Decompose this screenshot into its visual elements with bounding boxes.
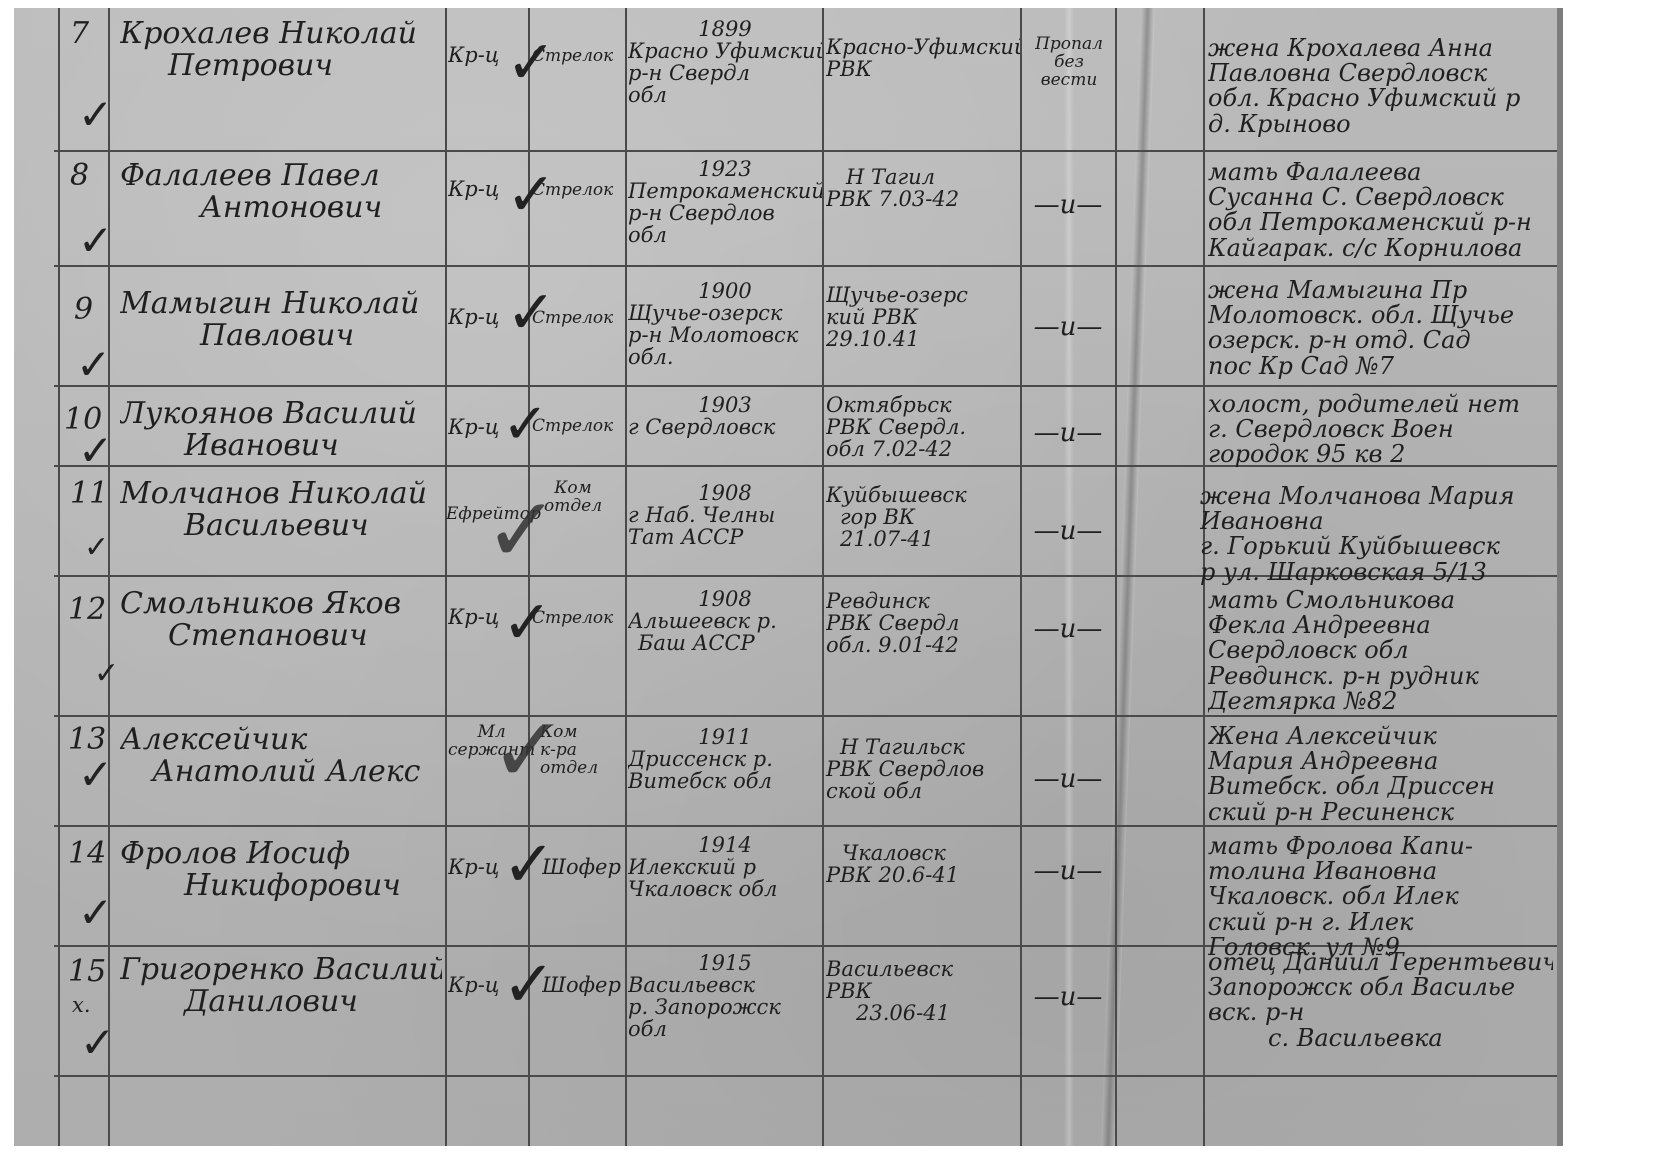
status: —и—	[1022, 616, 1114, 643]
rank: Кр-ц	[448, 974, 499, 996]
check-mark-icon: ✓	[506, 278, 556, 348]
row-number: 7	[70, 18, 89, 50]
column-rule	[108, 8, 110, 1146]
birth-info: 1923 Петрокаменский р-н Свердлов обл	[628, 158, 822, 246]
paper-crease	[1064, 8, 1074, 1146]
soldier-name: Фалалеев Павел Антонович	[120, 160, 442, 223]
row-number: 11	[70, 478, 108, 510]
birth-info: 1900 Щучье-озерск р-н Молотовск обл.	[628, 280, 822, 368]
next-of-kin: мать Фролова Капи- толина Ивановна Чкало…	[1208, 834, 1553, 960]
soldier-name: Алексейчик Анатолий Алекс	[120, 724, 442, 787]
check-mark-icon: ✓	[76, 340, 111, 389]
row-number: 12	[68, 594, 106, 626]
next-of-kin: мать Фалалеева Сусанна С. Свердловск обл…	[1208, 160, 1553, 261]
large-check-mark-icon: ✓	[490, 698, 565, 803]
row-number: 8	[70, 160, 89, 192]
soldier-name: Крохалев Николай Петрович	[120, 18, 442, 81]
next-of-kin: жена Мамыгина Пр Молотовск. обл. Щучье о…	[1208, 278, 1553, 379]
birth-info: 1903 г Свердловск	[628, 394, 822, 438]
status: —и—	[1022, 858, 1114, 885]
status: —и—	[1022, 984, 1114, 1011]
rank: Кр-ц	[448, 416, 499, 438]
paper-fold-line	[1101, 8, 1155, 1146]
draft-office: Васильевск РВК 23.06-41	[826, 958, 1020, 1024]
birth-info: 1899 Красно Уфимский р-н Свердл обл	[628, 18, 822, 106]
column-rule	[445, 8, 447, 1146]
rank: Кр-ц	[448, 856, 499, 878]
column-rule	[1115, 8, 1117, 1146]
row-number: 9	[74, 294, 93, 326]
draft-office: Октябрьск РВК Свердл. обл 7.02-42	[826, 394, 1020, 460]
check-mark-icon: ✓	[506, 160, 556, 230]
row-rule	[54, 150, 1557, 152]
status: —и—	[1022, 420, 1114, 447]
check-mark-icon: ✓	[502, 392, 549, 457]
row-number: 14	[68, 838, 106, 870]
draft-office: Щучье-озерс кий РВК 29.10.41	[826, 284, 1020, 350]
draft-office: Н Тагил РВК 7.03-42	[826, 166, 1020, 210]
next-of-kin: жена Молчанова Мария Ивановна г. Горький…	[1200, 484, 1552, 585]
check-mark-icon: ✓	[80, 1018, 115, 1067]
rank: Кр-ц	[448, 178, 499, 200]
check-mark-icon: ✓	[78, 426, 113, 475]
column-rule	[625, 8, 627, 1146]
large-check-mark-icon: ✓	[484, 478, 559, 583]
draft-office: Ревдинск РВК Свердл обл. 9.01-42	[826, 590, 1020, 656]
status: —и—	[1022, 314, 1114, 341]
row-rule	[54, 715, 1557, 717]
check-mark-icon: ✓	[78, 888, 113, 937]
next-of-kin: Жена Алексейчик Мария Андреевна Витебск.…	[1208, 724, 1553, 825]
row-rule	[54, 825, 1557, 827]
column-rule	[58, 8, 60, 1146]
rank: Кр-ц	[448, 606, 499, 628]
check-mark-icon: ✓	[78, 216, 113, 265]
birth-info: 1915 Васильевск р. Запорожск обл	[628, 952, 822, 1040]
rank: Кр-ц	[448, 44, 499, 66]
check-mark-icon: ✓	[84, 530, 109, 565]
soldier-name: Лукоянов Василий Иванович	[120, 398, 442, 461]
rank: Кр-ц	[448, 306, 499, 328]
check-mark-icon: ✓	[78, 750, 113, 799]
draft-office: Куйбышевск гор ВК 21.07-41	[826, 484, 1020, 550]
check-mark-icon: ✓	[506, 28, 556, 98]
status: —и—	[1022, 766, 1114, 793]
next-of-kin: холост, родителей нет г. Свердловск Воен…	[1208, 392, 1553, 468]
soldier-name: Григоренко Василий Данилович	[120, 954, 442, 1017]
row-rule	[54, 265, 1557, 267]
soldier-name: Молчанов Николай Васильевич	[120, 478, 442, 541]
column-rule	[1020, 8, 1022, 1146]
column-rule	[822, 8, 824, 1146]
birth-info: 1911 Дриссенск р. Витебск обл	[628, 726, 822, 792]
draft-office: Н Тагильск РВК Свердлов ской обл	[826, 736, 1020, 802]
next-of-kin: мать Смольникова Фекла Андреевна Свердло…	[1208, 588, 1553, 714]
soldier-name: Фролов Иосиф Никифорович	[120, 838, 442, 901]
soldier-name: Мамыгин Николай Павлович	[120, 288, 442, 351]
next-of-kin: жена Крохалева Анна Павловна Свердловск …	[1208, 36, 1553, 137]
status: —и—	[1022, 192, 1114, 219]
row-rule	[54, 1075, 1557, 1077]
row-annotation: х.	[72, 994, 91, 1016]
status: Пропал без вести	[1024, 36, 1114, 90]
check-mark-icon: ✓	[502, 828, 556, 902]
check-mark-icon: ✓	[94, 656, 119, 691]
next-of-kin: отец Даниил Терентьевич Запорожск обл Ва…	[1208, 950, 1553, 1051]
row-rule	[54, 385, 1557, 387]
soldier-name: Смольников Яков Степанович	[120, 588, 442, 651]
row-number: 15	[68, 956, 106, 988]
birth-info: 1908 Альшеевск р. Баш АССР	[628, 588, 822, 654]
check-mark-icon: ✓	[78, 90, 113, 139]
check-mark-icon: ✓	[502, 948, 556, 1022]
draft-office: Красно-Уфимский РВК	[826, 36, 1020, 80]
birth-info: 1908 г Наб. Челны Тат АССР	[628, 482, 822, 548]
draft-office: Чкаловск РВК 20.6-41	[826, 842, 1020, 886]
document-sheet: 7 Крохалев Николай Петрович ✓ Кр-ц Стрел…	[14, 8, 1563, 1146]
status: —и—	[1022, 518, 1114, 545]
birth-info: 1914 Илекский р Чкаловск обл	[628, 834, 822, 900]
check-mark-icon: ✓	[502, 588, 552, 658]
